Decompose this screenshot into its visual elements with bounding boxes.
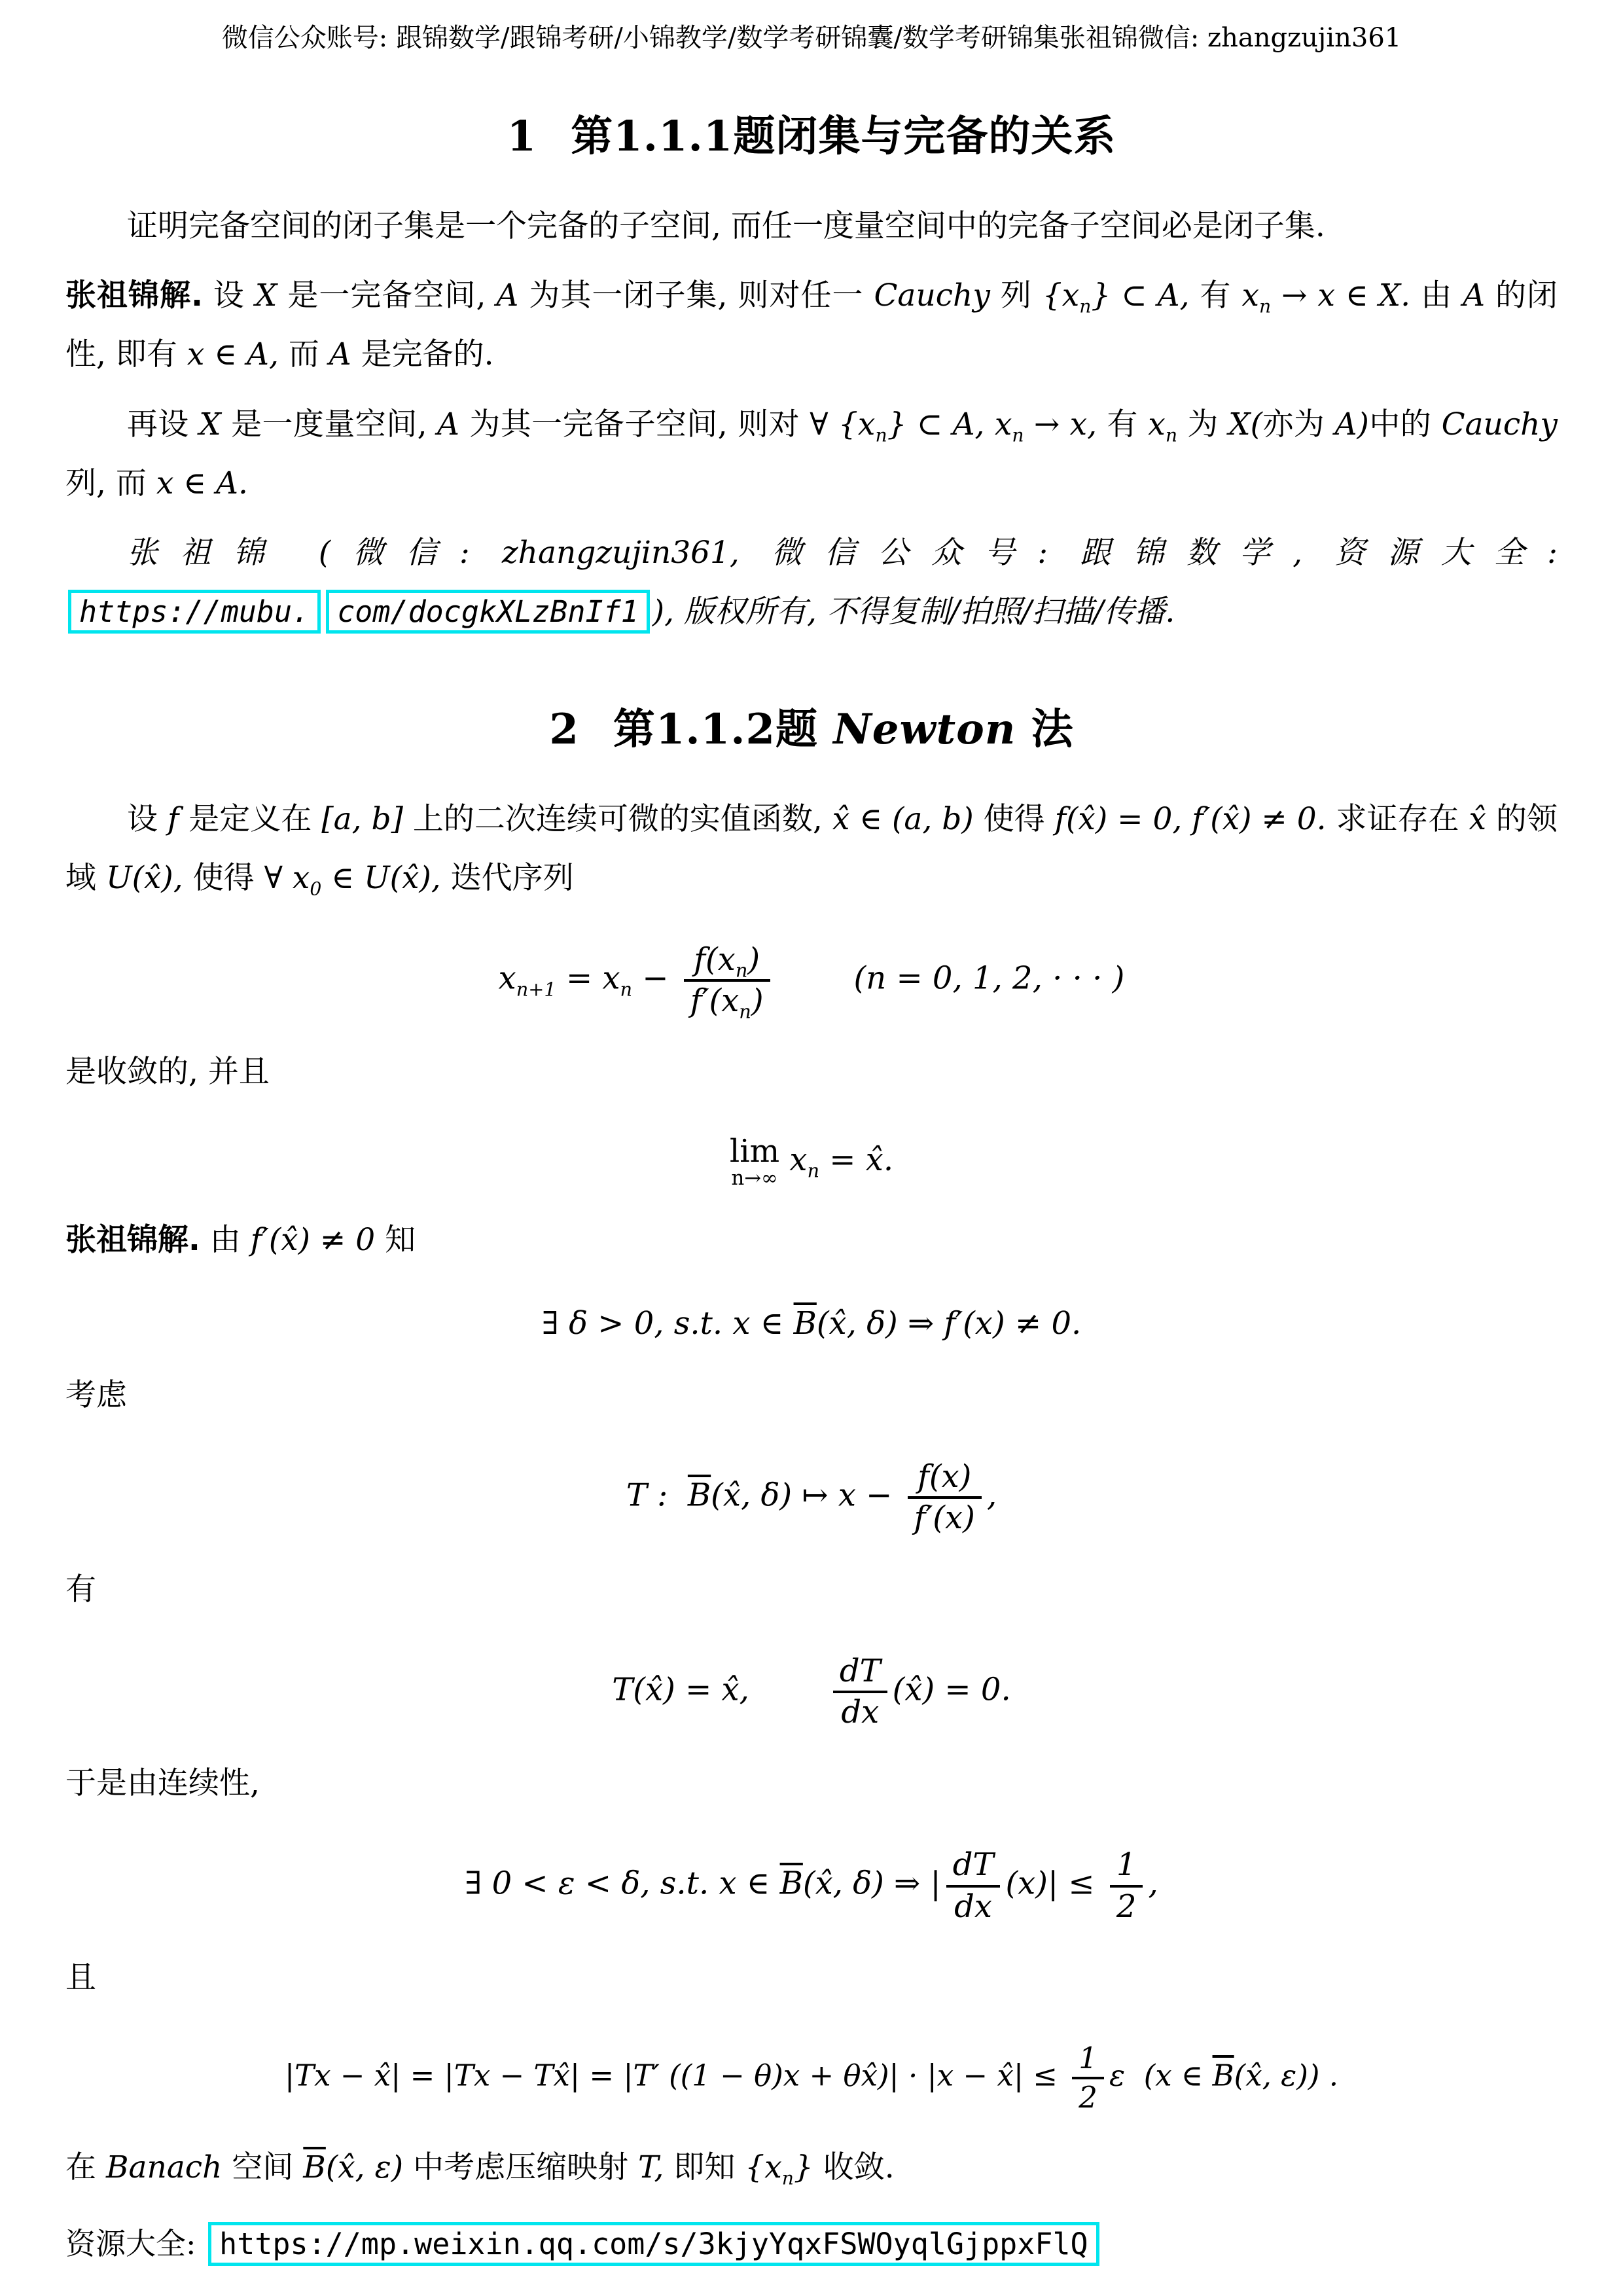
convergence-text: 是收敛的, 并且 [65, 1043, 1558, 1102]
consider-text: 考虑 [65, 1366, 1558, 1425]
mubu-url-part1[interactable]: https://mubu. [68, 590, 321, 634]
solution1-paragraph1: 张祖锦解. 设 X 是一完备空间, A 为其一闭子集, 则对任一 Cauchy … [65, 266, 1558, 384]
problem1-text: 证明完备空间的闭子集是一个完备的子空间, 而任一度量空间中的完备子空间必是闭子集… [65, 197, 1558, 256]
solution2-intro: 张祖锦解. 由 f′(x̂) ≠ 0 知 [65, 1211, 1558, 1270]
equation-limit: limn→∞ xn = x̂. [65, 1135, 1558, 1189]
document-page: 微信公众账号: 跟锦数学/跟锦考研/小锦教学/数学考研锦囊/数学考研锦集张祖锦微… [0, 0, 1623, 2296]
page-footer: 资源大全: https://mp.weixin.qq.com/s/3kjyYqx… [65, 2220, 1558, 2269]
problem2-text: 设 f 是定义在 [a, b] 上的二次连续可微的实值函数, x̂ ∈ (a, … [65, 790, 1558, 908]
copyright-note: 张祖锦 (微信: zhangzujin361, 微信公众号: 跟锦数学, 资源大… [65, 524, 1558, 641]
section2-heading: 2第1.1.2题 Newton 法 [65, 696, 1558, 756]
equation-newton-iteration: xn+1 = xn − f(xn)f′(xn) (n = 0, 1, 2, · … [65, 941, 1558, 1020]
weixin-resource-url[interactable]: https://mp.weixin.qq.com/s/3kjyYqxFSWOyq… [208, 2222, 1099, 2266]
banach-conclusion: 在 Banach 空间 B(x̂, ε) 中考虑压缩映射 T, 即知 {xn} … [65, 2138, 1558, 2197]
have-text: 有 [65, 1560, 1558, 1619]
continuity-text: 于是由连续性, [65, 1754, 1558, 1813]
section1-heading: 1第1.1.1题闭集与完备的关系 [65, 103, 1558, 163]
solution1-paragraph2: 再设 X 是一度量空间, A 为其一完备子空间, 则对 ∀ {xn} ⊂ A, … [65, 395, 1558, 513]
equation-contraction: |Tx − x̂| = |Tx − Tx̂| = |T′ ((1 − θ)x +… [65, 2040, 1558, 2116]
equation-T-map: T : B(x̂, δ) ↦ x − f(x)f′(x), [65, 1458, 1558, 1537]
mubu-url-part2[interactable]: com/docgkXLzBnIf1 [326, 590, 650, 634]
and-text: 且 [65, 1948, 1558, 2007]
equation-delta-exists: ∃ δ > 0, s.t. x ∈ B(x̂, δ) ⇒ f′(x) ≠ 0. [65, 1303, 1558, 1344]
equation-fixed-point: T(x̂) = x̂, dTdx(x̂) = 0. [65, 1652, 1558, 1732]
page-header: 微信公众账号: 跟锦数学/跟锦考研/小锦教学/数学考研锦囊/数学考研锦集张祖锦微… [65, 17, 1558, 54]
equation-epsilon-bound: ∃ 0 < ε < δ, s.t. x ∈ B(x̂, δ) ⇒ |dTdx(x… [65, 1846, 1558, 1926]
